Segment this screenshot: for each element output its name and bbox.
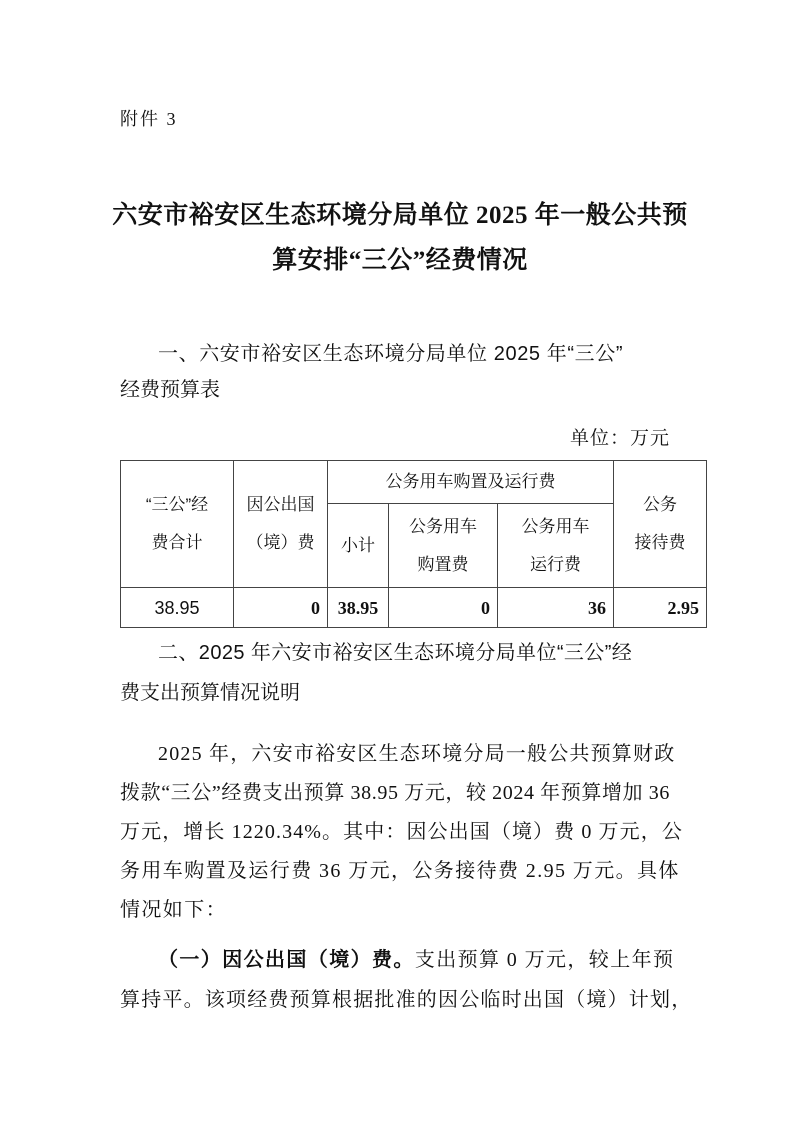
section-1-heading: 一、六安市裕安区生态环境分局单位 2025 年“三公” xyxy=(158,337,623,366)
header-reception: 公务 接待费 xyxy=(614,461,707,588)
header-vehicle-operation-line-2: 运行费 xyxy=(498,546,613,584)
header-overseas-line-2: （境）费 xyxy=(234,524,327,562)
item-1-line-1: （一）因公出国（境）费。支出预算 0 万元，较上年预 xyxy=(158,943,674,972)
paragraph-line-4: 务用车购置及运行费 36 万元，公务接待费 2.95 万元。具体 xyxy=(120,854,680,883)
header-overseas: 因公出国 （境）费 xyxy=(234,461,328,588)
document-title-line-1: 六安市裕安区生态环境分局单位 2025 年一般公共预 xyxy=(100,195,700,231)
unit-label: 单位：万元 xyxy=(570,423,670,450)
item-1-line-2: 算持平。该项经费预算根据批准的因公临时出国（境）计划， xyxy=(120,983,692,1012)
cell-vehicle-subtotal: 38.95 xyxy=(328,588,389,628)
header-reception-line-1: 公务 xyxy=(614,486,706,524)
attachment-label: 附件 3 xyxy=(120,105,178,131)
header-vehicle-group: 公务用车购置及运行费 xyxy=(328,461,614,504)
document-page: 附件 3 六安市裕安区生态环境分局单位 2025 年一般公共预 算安排“三公”经… xyxy=(0,0,793,1122)
header-total: “三公”经 费合计 xyxy=(121,461,234,588)
section-2-heading: 二、2025 年六安市裕安区生态环境分局单位“三公”经 xyxy=(158,636,632,665)
item-1-label: （一）因公出国（境）费。 xyxy=(158,949,415,971)
header-reception-line-2: 接待费 xyxy=(614,524,706,562)
cell-total: 38.95 xyxy=(121,588,234,628)
cell-vehicle-operation: 36 xyxy=(498,588,614,628)
item-1-text: 支出预算 0 万元，较上年预 xyxy=(415,949,675,971)
header-vehicle-purchase-line-1: 公务用车 xyxy=(389,508,497,546)
paragraph-line-1: 2025 年，六安市裕安区生态环境分局一般公共预算财政 xyxy=(158,737,675,766)
header-vehicle-subtotal: 小计 xyxy=(328,504,389,588)
cell-overseas: 0 xyxy=(234,588,328,628)
header-vehicle-purchase-line-2: 购置费 xyxy=(389,546,497,584)
header-vehicle-purchase: 公务用车 购置费 xyxy=(389,504,498,588)
table-row: 38.95 0 38.95 0 36 2.95 xyxy=(121,588,707,628)
header-total-line-1: “三公”经 xyxy=(121,486,233,524)
document-title-line-2: 算安排“三公”经费情况 xyxy=(100,240,700,276)
header-vehicle-operation: 公务用车 运行费 xyxy=(498,504,614,588)
paragraph-line-3: 万元，增长 1220.34%。其中：因公出国（境）费 0 万元，公 xyxy=(120,815,683,844)
paragraph-line-2: 拨款“三公”经费支出预算 38.95 万元，较 2024 年预算增加 36 xyxy=(120,776,670,805)
budget-table: “三公”经 费合计 因公出国 （境）费 公务用车购置及运行费 公务 接待费 小计… xyxy=(120,460,707,628)
header-overseas-line-1: 因公出国 xyxy=(234,486,327,524)
cell-vehicle-purchase: 0 xyxy=(389,588,498,628)
header-vehicle-operation-line-1: 公务用车 xyxy=(498,508,613,546)
section-1-heading-cont: 经费预算表 xyxy=(120,373,220,402)
table-header-row-1: “三公”经 费合计 因公出国 （境）费 公务用车购置及运行费 公务 接待费 xyxy=(121,461,707,504)
paragraph-line-5: 情况如下： xyxy=(120,893,227,922)
header-total-line-2: 费合计 xyxy=(121,524,233,562)
cell-reception: 2.95 xyxy=(614,588,707,628)
section-2-heading-cont: 费支出预算情况说明 xyxy=(120,676,300,705)
